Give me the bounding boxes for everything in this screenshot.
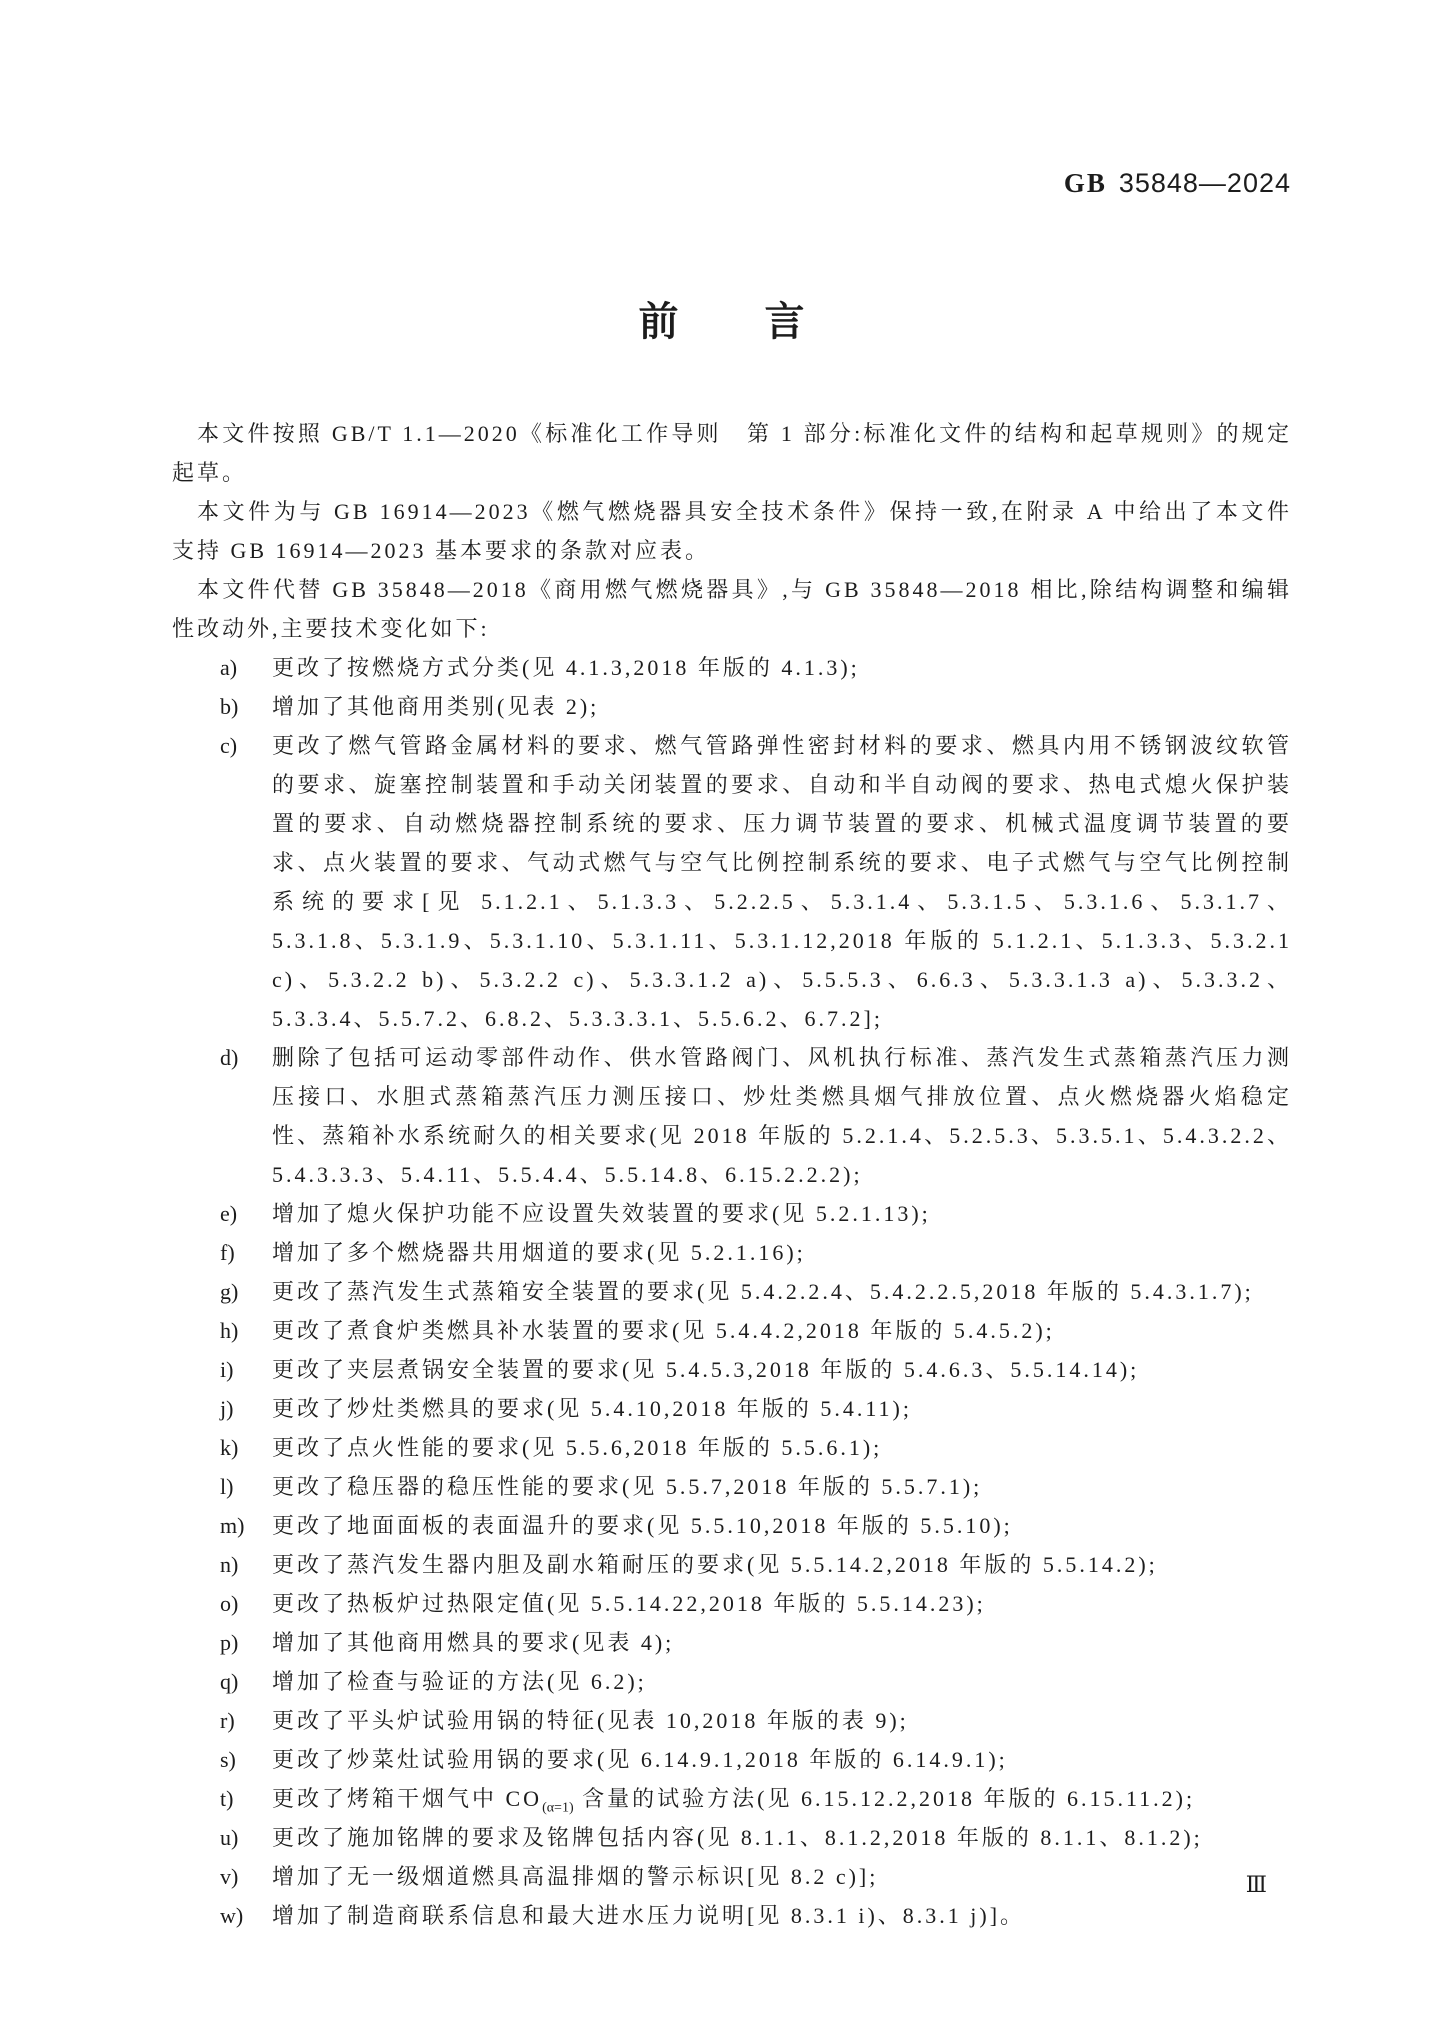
change-item-t: t)更改了烤箱干烟气中 CO(α=1) 含量的试验方法(见 6.15.12.2,… bbox=[172, 1779, 1292, 1818]
change-item-text: 增加了无一级烟道燃具高温排烟的警示标识[见 8.2 c)]; bbox=[272, 1864, 878, 1889]
change-item-w: w)增加了制造商联系信息和最大进水压力说明[见 8.3.1 i)、8.3.1 j… bbox=[172, 1896, 1292, 1935]
change-item-label: e) bbox=[220, 1194, 237, 1233]
change-item-k: k)更改了点火性能的要求(见 5.5.6,2018 年版的 5.5.6.1); bbox=[172, 1428, 1292, 1467]
change-item-text: 更改了炒菜灶试验用锅的要求(见 6.14.9.1,2018 年版的 6.14.9… bbox=[272, 1747, 1008, 1772]
change-item-text: 更改了地面面板的表面温升的要求(见 5.5.10,2018 年版的 5.5.10… bbox=[272, 1513, 1013, 1538]
change-item-j: j)更改了炒灶类燃具的要求(见 5.4.10,2018 年版的 5.4.11); bbox=[172, 1389, 1292, 1428]
change-item-text: 更改了夹层煮锅安全装置的要求(见 5.4.5.3,2018 年版的 5.4.6.… bbox=[272, 1357, 1139, 1382]
change-item-label: m) bbox=[220, 1506, 244, 1545]
change-item-label: a) bbox=[220, 648, 237, 687]
change-item-d: d)删除了包括可运动零部件动作、供水管路阀门、风机执行标准、蒸汽发生式蒸箱蒸汽压… bbox=[172, 1038, 1292, 1194]
change-item-text: 增加了其他商用燃具的要求(见表 4); bbox=[272, 1630, 674, 1655]
standard-code: GB35848—2024 bbox=[1064, 168, 1291, 199]
standard-code-prefix: GB bbox=[1064, 168, 1107, 198]
change-item-label: p) bbox=[220, 1623, 238, 1662]
change-item-text: 更改了燃气管路金属材料的要求、燃气管路弹性密封材料的要求、燃具内用不锈钢波纹软管… bbox=[272, 733, 1292, 1031]
change-item-text: 更改了炒灶类燃具的要求(见 5.4.10,2018 年版的 5.4.11); bbox=[272, 1396, 912, 1421]
change-item-label: h) bbox=[220, 1311, 238, 1350]
page-title: 前 言 bbox=[0, 290, 1445, 347]
change-item-text: 更改了热板炉过热限定值(见 5.5.14.22,2018 年版的 5.5.14.… bbox=[272, 1591, 986, 1616]
change-item-label: l) bbox=[220, 1467, 233, 1506]
change-item-n: n)更改了蒸汽发生器内胆及副水箱耐压的要求(见 5.5.14.2,2018 年版… bbox=[172, 1545, 1292, 1584]
standard-code-number: 35848—2024 bbox=[1119, 168, 1291, 198]
change-item-label: q) bbox=[220, 1662, 238, 1701]
change-item-l: l)更改了稳压器的稳压性能的要求(见 5.5.7,2018 年版的 5.5.7.… bbox=[172, 1467, 1292, 1506]
co-subscript: (α=1) bbox=[542, 1800, 574, 1815]
change-item-text: 更改了煮食炉类燃具补水装置的要求(见 5.4.4.2,2018 年版的 5.4.… bbox=[272, 1318, 1055, 1343]
change-item-label: n) bbox=[220, 1545, 238, 1584]
change-item-label: r) bbox=[220, 1701, 235, 1740]
change-item-m: m)更改了地面面板的表面温升的要求(见 5.5.10,2018 年版的 5.5.… bbox=[172, 1506, 1292, 1545]
change-item-text: 增加了制造商联系信息和最大进水压力说明[见 8.3.1 i)、8.3.1 j)]… bbox=[272, 1903, 1025, 1928]
change-item-text: 增加了熄火保护功能不应设置失效装置的要求(见 5.2.1.13); bbox=[272, 1201, 931, 1226]
change-item-label: c) bbox=[220, 726, 237, 765]
change-item-f: f)增加了多个燃烧器共用烟道的要求(见 5.2.1.16); bbox=[172, 1233, 1292, 1272]
change-item-label: t) bbox=[220, 1779, 233, 1818]
foreword-paragraph: 本文件代替 GB 35848—2018《商用燃气燃烧器具》,与 GB 35848… bbox=[172, 570, 1292, 648]
change-item-label: w) bbox=[220, 1896, 243, 1935]
change-item-h: h)更改了煮食炉类燃具补水装置的要求(见 5.4.4.2,2018 年版的 5.… bbox=[172, 1311, 1292, 1350]
change-item-text: 更改了烤箱干烟气中 CO(α=1) 含量的试验方法(见 6.15.12.2,20… bbox=[272, 1786, 1195, 1811]
change-item-text: 增加了其他商用类别(见表 2); bbox=[272, 694, 599, 719]
foreword-paragraph: 本文件为与 GB 16914—2023《燃气燃烧器具安全技术条件》保持一致,在附… bbox=[172, 492, 1292, 570]
change-item-p: p)增加了其他商用燃具的要求(见表 4); bbox=[172, 1623, 1292, 1662]
foreword-body: 本文件按照 GB/T 1.1—2020《标准化工作导则 第 1 部分:标准化文件… bbox=[172, 414, 1292, 1935]
change-item-label: u) bbox=[220, 1818, 238, 1857]
change-item-o: o)更改了热板炉过热限定值(见 5.5.14.22,2018 年版的 5.5.1… bbox=[172, 1584, 1292, 1623]
change-item-label: j) bbox=[220, 1389, 233, 1428]
change-item-text: 更改了蒸汽发生式蒸箱安全装置的要求(见 5.4.2.2.4、5.4.2.2.5,… bbox=[272, 1279, 1254, 1304]
change-item-label: k) bbox=[220, 1428, 238, 1467]
change-text-part: 更改了烤箱干烟气中 CO bbox=[272, 1786, 542, 1811]
change-item-text: 更改了平头炉试验用锅的特征(见表 10,2018 年版的表 9); bbox=[272, 1708, 909, 1733]
change-text-part: 含量的试验方法(见 6.15.12.2,2018 年版的 6.15.11.2); bbox=[574, 1786, 1195, 1811]
change-item-text: 增加了多个燃烧器共用烟道的要求(见 5.2.1.16); bbox=[272, 1240, 806, 1265]
change-item-label: f) bbox=[220, 1233, 235, 1272]
change-item-label: g) bbox=[220, 1272, 238, 1311]
change-item-r: r)更改了平头炉试验用锅的特征(见表 10,2018 年版的表 9); bbox=[172, 1701, 1292, 1740]
change-item-text: 增加了检查与验证的方法(见 6.2); bbox=[272, 1669, 647, 1694]
change-item-text: 更改了稳压器的稳压性能的要求(见 5.5.7,2018 年版的 5.5.7.1)… bbox=[272, 1474, 982, 1499]
change-item-label: s) bbox=[220, 1740, 236, 1779]
change-item-label: v) bbox=[220, 1857, 238, 1896]
change-item-q: q)增加了检查与验证的方法(见 6.2); bbox=[172, 1662, 1292, 1701]
change-item-v: v)增加了无一级烟道燃具高温排烟的警示标识[见 8.2 c)]; bbox=[172, 1857, 1292, 1896]
change-item-a: a)更改了按燃烧方式分类(见 4.1.3,2018 年版的 4.1.3); bbox=[172, 648, 1292, 687]
change-item-label: o) bbox=[220, 1584, 238, 1623]
change-item-e: e)增加了熄火保护功能不应设置失效装置的要求(见 5.2.1.13); bbox=[172, 1194, 1292, 1233]
change-item-label: d) bbox=[220, 1038, 238, 1077]
change-item-c: c)更改了燃气管路金属材料的要求、燃气管路弹性密封材料的要求、燃具内用不锈钢波纹… bbox=[172, 726, 1292, 1038]
change-item-u: u)更改了施加铭牌的要求及铭牌包括内容(见 8.1.1、8.1.2,2018 年… bbox=[172, 1818, 1292, 1857]
change-item-g: g)更改了蒸汽发生式蒸箱安全装置的要求(见 5.4.2.2.4、5.4.2.2.… bbox=[172, 1272, 1292, 1311]
change-item-text: 更改了蒸汽发生器内胆及副水箱耐压的要求(见 5.5.14.2,2018 年版的 … bbox=[272, 1552, 1158, 1577]
changes-list: a)更改了按燃烧方式分类(见 4.1.3,2018 年版的 4.1.3); b)… bbox=[172, 648, 1292, 1935]
change-item-i: i)更改了夹层煮锅安全装置的要求(见 5.4.5.3,2018 年版的 5.4.… bbox=[172, 1350, 1292, 1389]
change-item-label: i) bbox=[220, 1350, 233, 1389]
page-number: Ⅲ bbox=[1246, 1872, 1267, 1898]
change-item-text: 删除了包括可运动零部件动作、供水管路阀门、风机执行标准、蒸汽发生式蒸箱蒸汽压力测… bbox=[272, 1045, 1292, 1187]
change-item-s: s)更改了炒菜灶试验用锅的要求(见 6.14.9.1,2018 年版的 6.14… bbox=[172, 1740, 1292, 1779]
change-item-text: 更改了施加铭牌的要求及铭牌包括内容(见 8.1.1、8.1.2,2018 年版的… bbox=[272, 1825, 1203, 1850]
change-item-b: b)增加了其他商用类别(见表 2); bbox=[172, 687, 1292, 726]
change-item-label: b) bbox=[220, 687, 238, 726]
foreword-paragraph: 本文件按照 GB/T 1.1—2020《标准化工作导则 第 1 部分:标准化文件… bbox=[172, 414, 1292, 492]
change-item-text: 更改了按燃烧方式分类(见 4.1.3,2018 年版的 4.1.3); bbox=[272, 655, 860, 680]
change-item-text: 更改了点火性能的要求(见 5.5.6,2018 年版的 5.5.6.1); bbox=[272, 1435, 882, 1460]
document-page: GB35848—2024 前 言 本文件按照 GB/T 1.1—2020《标准化… bbox=[0, 0, 1445, 2044]
